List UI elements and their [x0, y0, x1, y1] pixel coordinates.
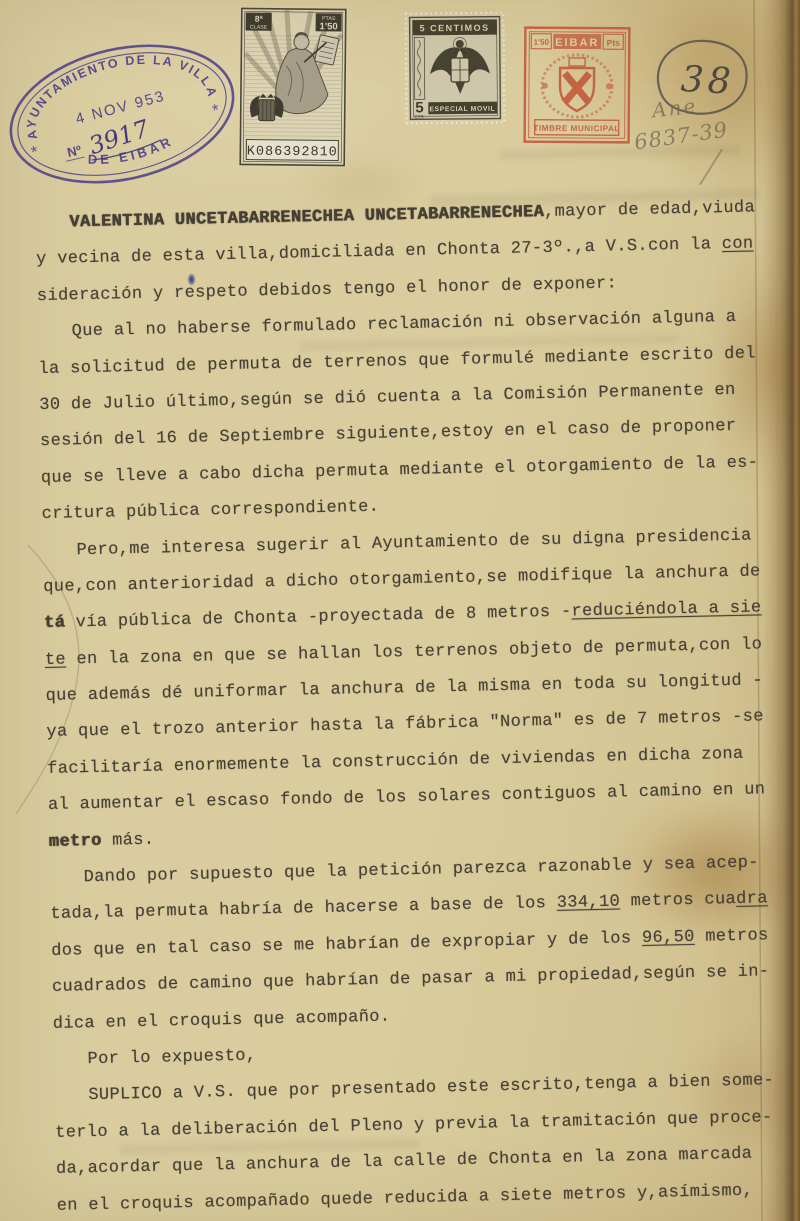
typed-text-segment: metro: [49, 831, 102, 851]
typed-text-segment: sesión del 16 de Septiembre siguiente,es…: [40, 417, 737, 451]
typed-lines: VALENTINA UNCETABARRENECHEA UNCETABARREN…: [35, 190, 791, 1221]
typed-text-segment: ya que el trozo anterior hasta la fábric…: [46, 708, 764, 743]
movil-stamp: 5 CENTIMOS 5 CTS ESPECIAL MOVIL: [405, 12, 506, 125]
municipal-value: 1'50: [534, 38, 550, 47]
ink-bleedthrough: [500, 145, 740, 159]
typed-text-segment: da,acordar que la anchura de la calle de…: [56, 1145, 753, 1179]
typed-text-segment: más.: [101, 830, 154, 850]
typed-text-segment: Que al no haberse formulado reclamación …: [72, 308, 737, 341]
typed-text-segment: dos que en tal caso se me habrían de exp…: [51, 929, 642, 961]
typed-text-segment: Pero,me interesa sugerir al Ayuntamiento…: [76, 526, 752, 560]
movil-unit: CTS: [414, 114, 423, 119]
typed-text-segment: VALENTINA UNCETABARRENECHEA UNCETABARREN…: [69, 203, 544, 232]
typed-text-segment: que además dé uniformar la anchura de la…: [45, 671, 763, 706]
saltire-crest: [542, 55, 612, 117]
typed-text-segment: critura pública correspondiente.: [41, 498, 379, 524]
oval-stamp-number-label: Nº: [66, 142, 83, 160]
typed-text-segment: al aumentar el escaso fondo de los solar…: [48, 781, 766, 816]
municipal-city: EIBAR: [555, 37, 599, 49]
pencil-stroke: [699, 149, 723, 186]
typed-text-segment: 30 de Julio último,según se dió cuenta a…: [39, 381, 736, 415]
municipal-subtitle: TIMBRE MUNICIPAL: [533, 124, 620, 134]
typed-text-segment: tada,la permuta habría de hacerse a base…: [50, 894, 557, 924]
typed-text-segment: Por lo expuesto,: [87, 1046, 256, 1069]
typed-text-segment: sideración y respeto debidos tengo el ho…: [37, 274, 618, 306]
movil-title: 5 CENTIMOS: [420, 23, 490, 34]
typed-text-segment: facilitaría enormemente la construcción …: [47, 745, 744, 779]
typed-text-segment: SUPLICO a V.S. que por presentado este e…: [88, 1072, 774, 1106]
typed-text-segment: en el croquis acompañado quede reducida …: [57, 1181, 754, 1215]
typed-text-segment: 334,10: [557, 893, 621, 913]
fiscal-serial-number: K086392810: [247, 145, 338, 161]
typed-text-segment: vía pública de Chonta -proyectada de 8 m…: [65, 603, 572, 633]
typed-text-segment: con: [722, 235, 754, 255]
fiscal-class-value: 8ª: [255, 14, 264, 24]
fiscal-stamp: 8ª CLASE PTAS 1'50 K086392810: [237, 5, 349, 168]
typed-text-segment: terlo a la deliberación del Pleno y prev…: [55, 1108, 773, 1143]
typed-text-segment: en la zona en que se hallan los terrenos…: [66, 635, 763, 669]
typed-text-segment: Dando por supuesto que la petición parez…: [83, 854, 759, 888]
typed-text-segment: ,mayor de edad,viuda: [544, 198, 755, 222]
right-page-edge: [762, 0, 800, 1221]
typed-text-segment: tá: [44, 614, 66, 633]
typed-text-segment: cuadrados de camino que habrían de pasar…: [52, 962, 770, 997]
movil-subtitle: ESPECIAL MOVIL: [429, 106, 495, 114]
typed-text-segment: dica en el croquis que acompaño.: [53, 1007, 391, 1033]
pencil-folio-number: 38: [645, 30, 757, 124]
star-icon: *: [211, 100, 222, 120]
oval-ink-stamp: AYUNTAMIENTO DE LA VILLA DE EIBAR * * 4 …: [0, 13, 256, 215]
typed-text-segment: te: [45, 650, 67, 669]
pencil-folio-value: 38: [680, 59, 736, 103]
star-icon: *: [29, 142, 40, 162]
typed-text-segment: metros cua: [620, 890, 736, 912]
scanned-document-page: AYUNTAMIENTO DE LA VILLA DE EIBAR * * 4 …: [0, 0, 800, 1221]
fiscal-value: 1'50: [320, 21, 338, 32]
typed-text-segment: y vecina de esta villa,domiciliada en Ch…: [36, 236, 722, 270]
typed-text-segment: la solicitud de permuta de terrenos que …: [38, 344, 756, 379]
typed-text-segment: que,con anterioridad a dicho otorgamient…: [43, 562, 761, 597]
municipal-currency: Pts: [607, 38, 621, 48]
typed-text-segment: metros: [695, 926, 769, 947]
typed-text-segment: 96,50: [642, 928, 695, 948]
fiscal-class-label: CLASE: [250, 25, 268, 31]
typed-text-segment: que se lleve a cabo dicha permuta median…: [41, 453, 759, 488]
municipal-stamp: 1'50 EIBAR Pts TIMBRE MUNICIPAL: [523, 26, 632, 145]
ink-blot: [188, 274, 195, 285]
typed-text-segment: reduciéndola a sie: [571, 599, 761, 622]
